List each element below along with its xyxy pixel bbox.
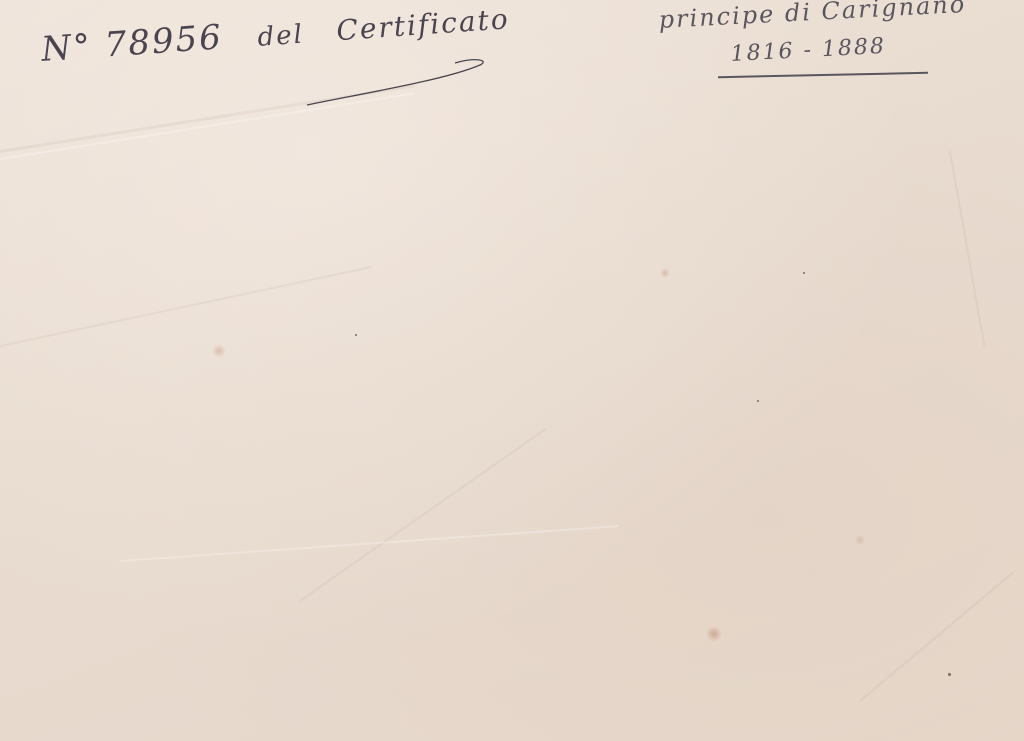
subject-dates-note: 1816 - 1888	[730, 34, 887, 67]
paper-sheet: N° 78956 del Certificato principe di Car…	[0, 0, 1024, 741]
foxing-stain	[706, 626, 722, 642]
paper-crease	[859, 572, 1013, 702]
paper-crease	[949, 151, 986, 348]
signature-flourish	[305, 55, 495, 115]
number-prefix: N°	[40, 26, 93, 69]
pencil-underline	[718, 72, 928, 78]
connector-word: del	[257, 20, 305, 53]
ink-speck	[355, 334, 357, 336]
ink-speck	[803, 272, 805, 274]
subject-name-note: principe di Carignano	[658, 0, 967, 34]
foxing-stain	[212, 344, 226, 358]
foxing-stain	[855, 535, 865, 545]
paper-crease	[0, 266, 372, 347]
certificate-word: Certificato	[335, 2, 510, 47]
paper-crease	[299, 428, 546, 602]
ink-speck	[948, 673, 951, 676]
paper-crease	[120, 525, 619, 562]
foxing-stain	[660, 268, 670, 278]
certificate-number: 78956	[103, 17, 224, 65]
ink-speck	[757, 400, 759, 402]
